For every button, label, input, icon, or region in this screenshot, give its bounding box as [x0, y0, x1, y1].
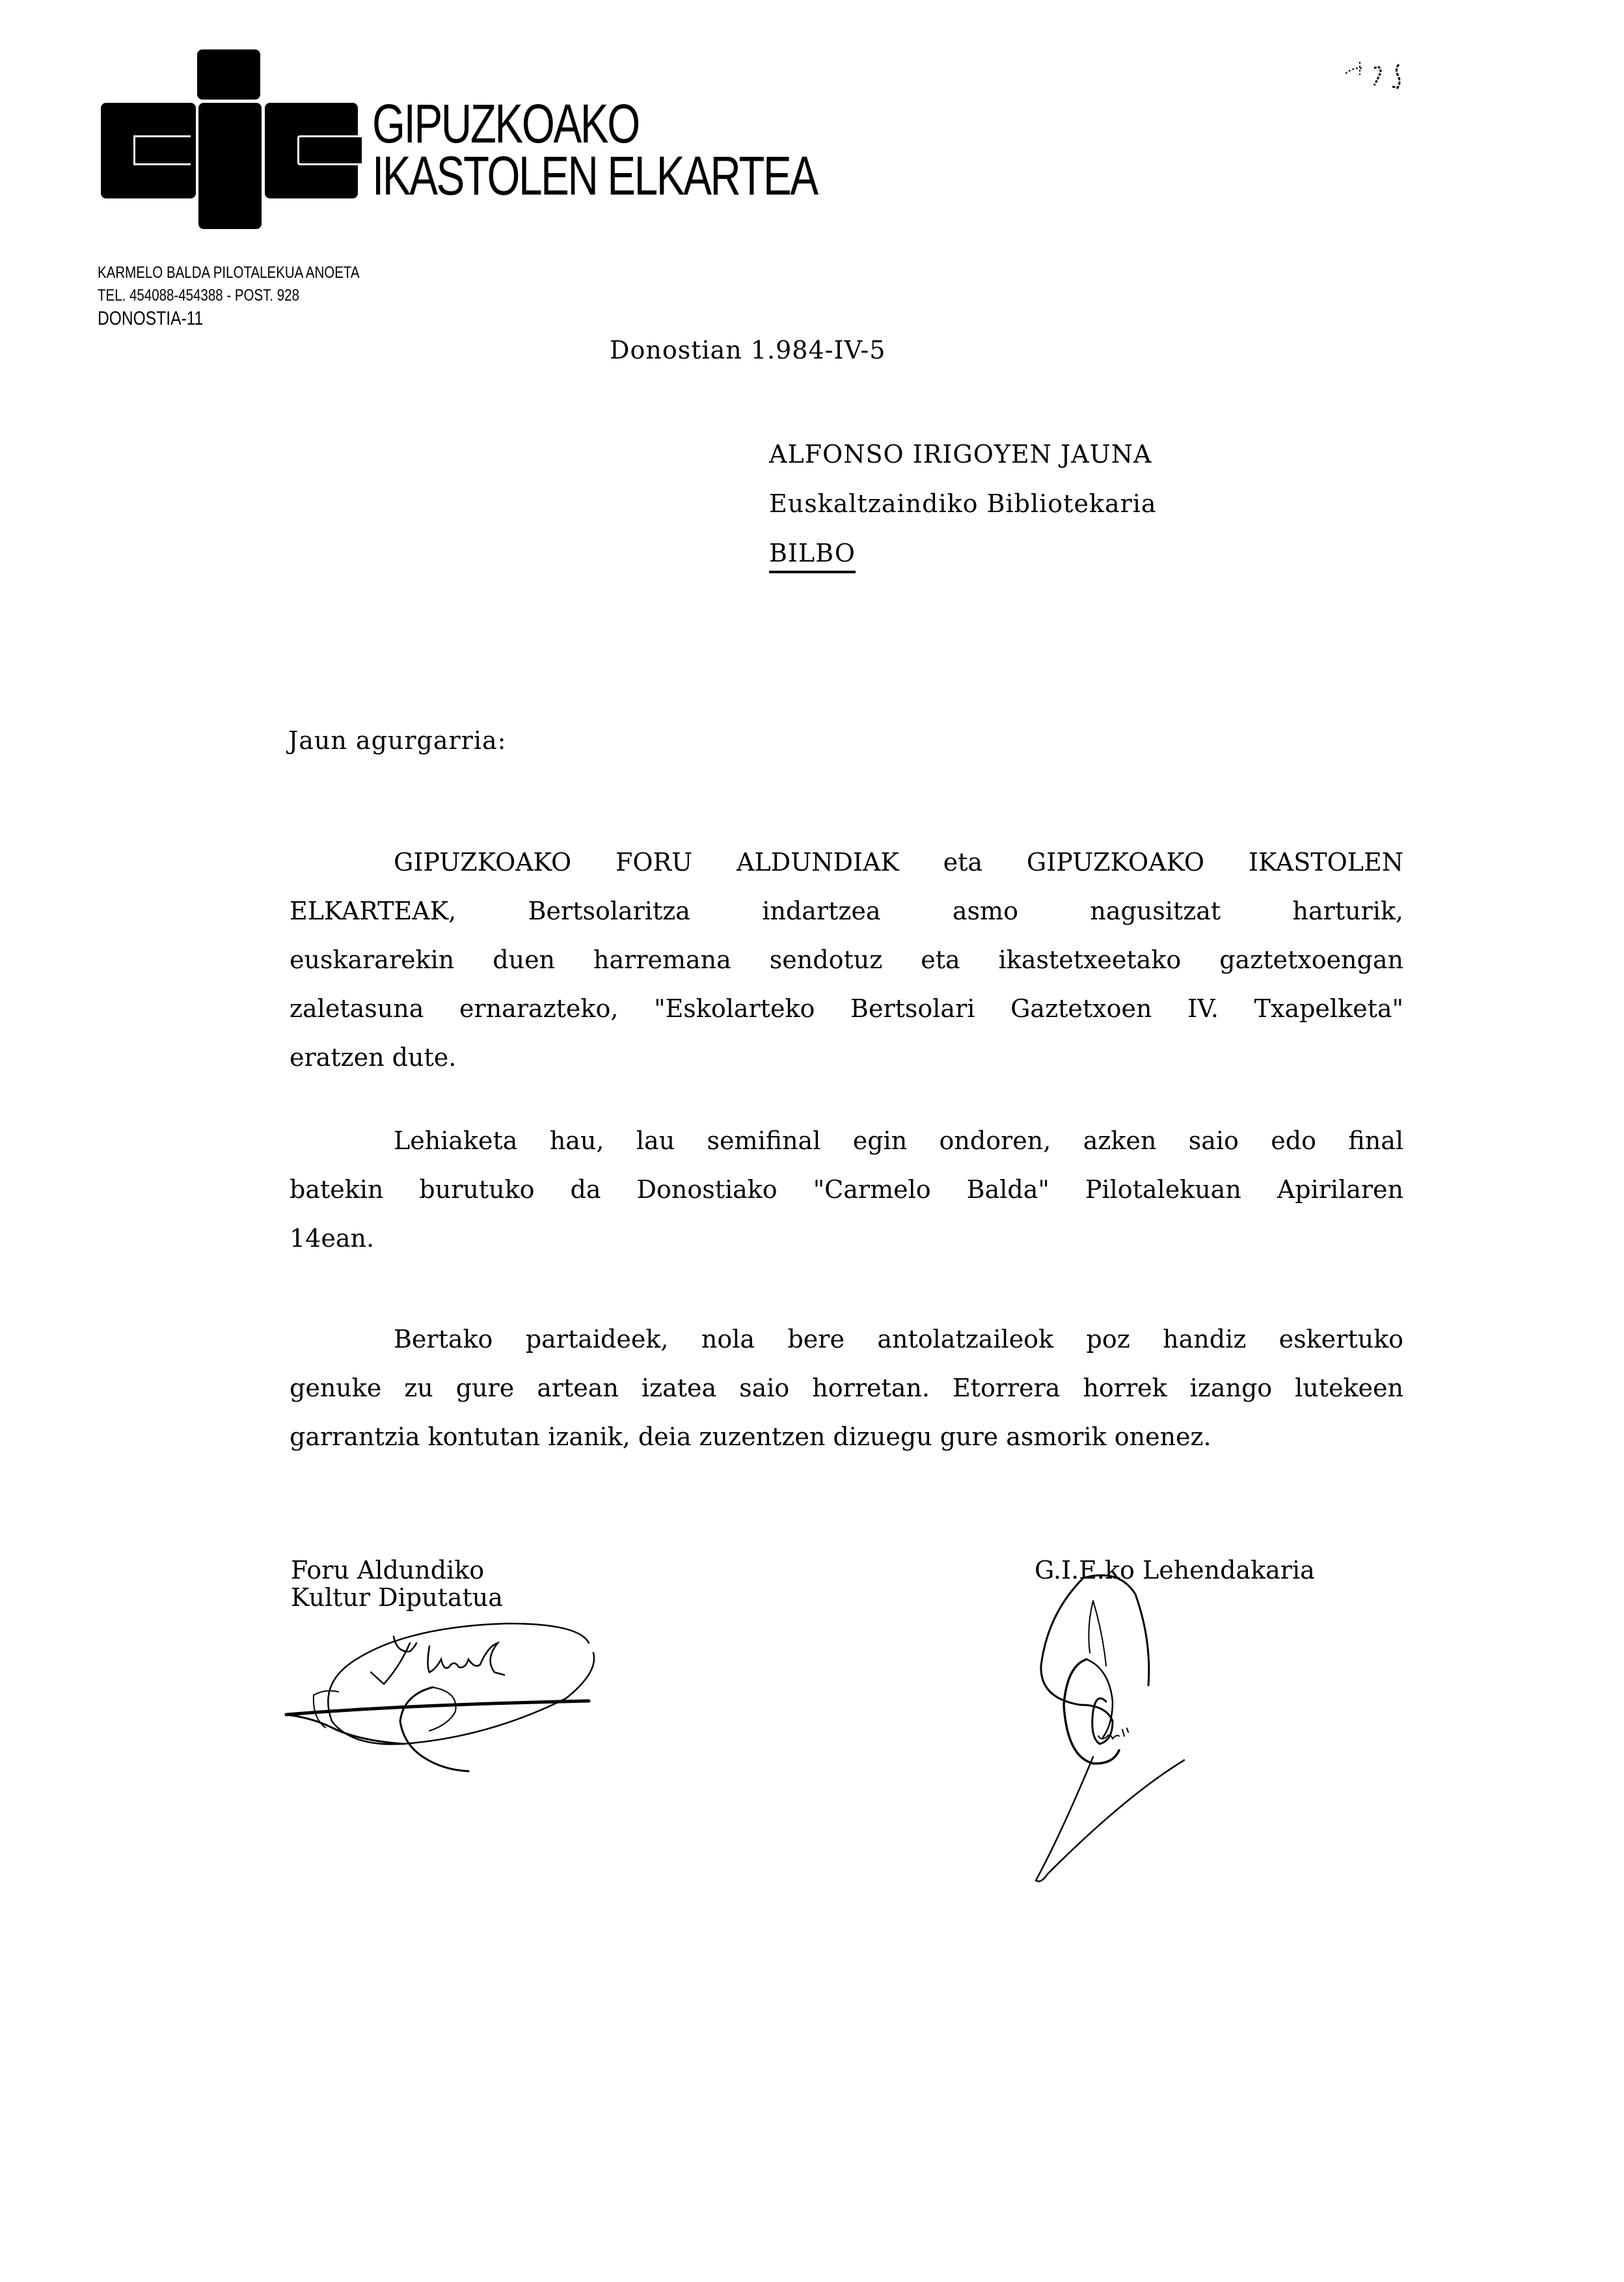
paragraph-line: batekin burutuko da Donostiako "Carmelo … — [290, 1165, 1403, 1214]
recipient-block: ALFONSO IRIGOYEN JAUNA Euskaltzaindiko B… — [769, 429, 1157, 578]
paragraph-line: 14ean. — [290, 1214, 1403, 1263]
paragraph-line: zaletasuna ernarazteko, "Eskolarteko Ber… — [290, 985, 1403, 1033]
letterhead-address: KARMELO BALDA PILOTALEKUA ANOETA TEL. 45… — [98, 262, 360, 330]
recipient-city: BILBO — [769, 537, 856, 573]
address-line-phone: TEL. 454088-454388 - POST. 928 — [98, 284, 360, 307]
paragraph-line: Lehiaketa hau, lau semifinal egin ondore… — [290, 1117, 1403, 1165]
left-signatory-line1: Foru Aldundiko — [291, 1556, 503, 1584]
paragraph-line: eratzen dute. — [290, 1033, 1403, 1082]
body-paragraph-1: GIPUZKOAKO FORU ALDUNDIAK eta GIPUZKOAKO… — [290, 838, 1403, 1082]
paragraph-line: genuke zu gure artean izatea saio horret… — [290, 1364, 1403, 1413]
recipient-title: Euskaltzaindiko Bibliotekaria — [769, 479, 1157, 528]
address-line-city: DONOSTIA-11 — [98, 307, 360, 330]
body-paragraph-2: Lehiaketa hau, lau semifinal egin ondore… — [290, 1117, 1403, 1263]
organization-name-line2: IKASTOLEN ELKARTEA — [372, 150, 817, 202]
recipient-name: ALFONSO IRIGOYEN JAUNA — [769, 429, 1157, 479]
address-line-street: KARMELO BALDA PILOTALEKUA ANOETA — [98, 262, 360, 284]
archive-handwritten-mark — [1340, 55, 1418, 104]
paragraph-line: euskararekin duen harremana sendotuz eta… — [290, 936, 1403, 985]
paragraph-line: garrantzia kontutan izanik, deia zuzentz… — [290, 1413, 1403, 1461]
paragraph-line: ELKARTEAK, Bertsolaritza indartzea asmo … — [290, 887, 1403, 936]
paragraph-line: GIPUZKOAKO FORU ALDUNDIAK eta GIPUZKOAKO… — [290, 838, 1403, 887]
paragraph-line: Bertako partaideek, nola bere antolatzai… — [290, 1315, 1403, 1364]
right-handwritten-signature — [1022, 1562, 1295, 1874]
organization-name-line1: GIPUZKOAKO — [372, 98, 639, 150]
date-line: Donostian 1.984-IV-5 — [610, 336, 886, 364]
left-signatory-label: Foru Aldundiko Kultur Diputatua — [291, 1556, 503, 1611]
body-paragraph-3: Bertako partaideek, nola bere antolatzai… — [290, 1315, 1403, 1461]
salutation: Jaun agurgarria: — [288, 726, 506, 755]
left-handwritten-signature — [273, 1607, 638, 1815]
